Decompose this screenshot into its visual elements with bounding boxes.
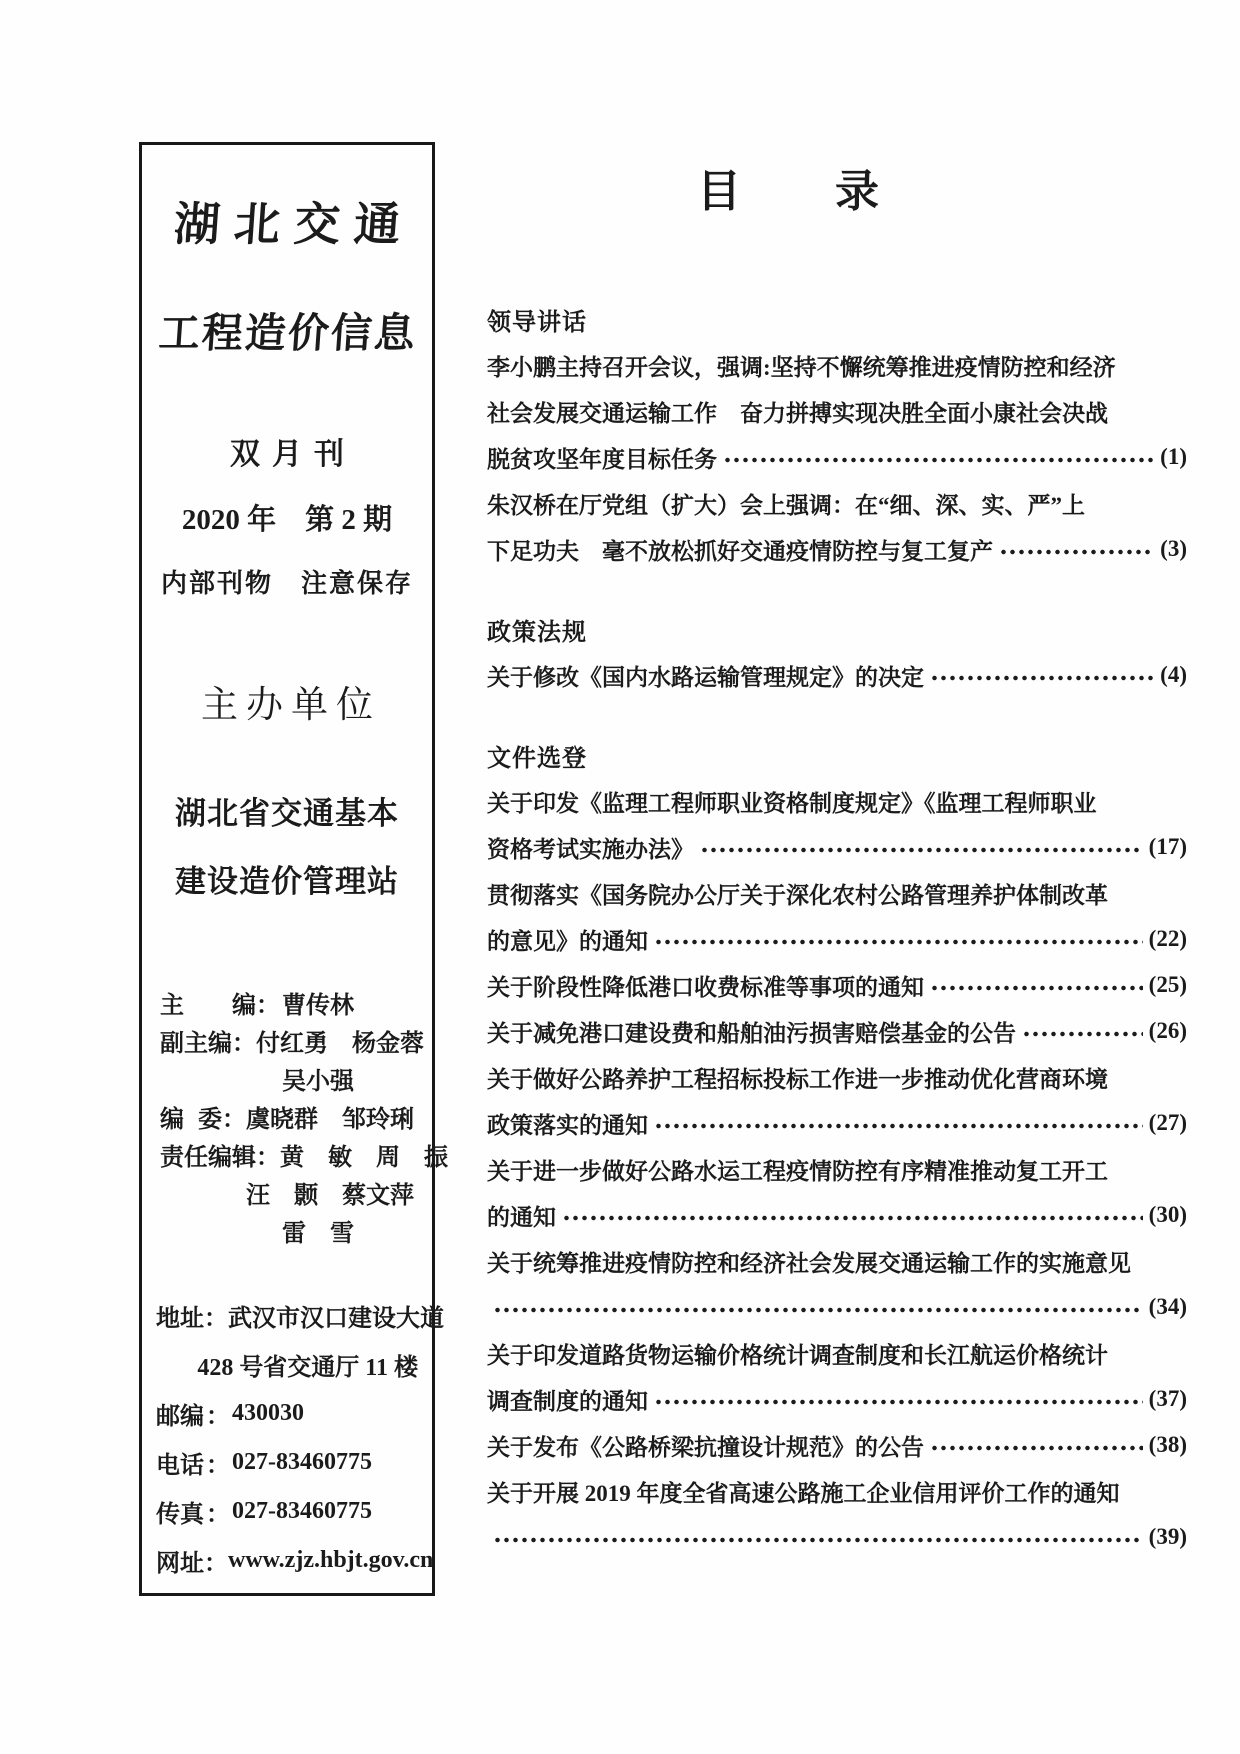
contact-row: 电话：027-83460775 xyxy=(156,1438,418,1487)
staff-row: 编委：虞晓群 邹玲琍 xyxy=(160,1097,414,1135)
dot-leader xyxy=(654,935,1143,949)
toc-line-text: 关于开展 2019 年度全省高速公路施工企业信用评价工作的通知 xyxy=(487,1475,1120,1508)
toc-line-text: 资格考试实施办法》 xyxy=(487,831,694,864)
dot-leader xyxy=(654,1119,1143,1133)
contact-value: 027-83460775 xyxy=(232,1498,372,1525)
contact-row: 地址：武汉市汉口建设大道 xyxy=(156,1291,418,1340)
toc-line: 资格考试实施办法》(17) xyxy=(487,824,1187,870)
dot-leader xyxy=(654,1395,1143,1409)
toc-line: 社会发展交通运输工作 奋力拼搏实现决胜全面小康社会决战 xyxy=(487,388,1187,434)
toc-line: 李小鹏主持召开会议，强调:坚持不懈统筹推进疫情防控和经济 xyxy=(487,342,1187,388)
dot-leader xyxy=(723,453,1154,467)
contact-value: 武汉市汉口建设大道 xyxy=(228,1298,444,1333)
staff-row: 雷 雪 xyxy=(160,1211,414,1249)
toc-line: 关于减免港口建设费和船舶油污损害赔偿基金的公告(26) xyxy=(487,1008,1187,1054)
contact-row: 邮编：430030 xyxy=(156,1389,418,1438)
staff-colon: ： xyxy=(222,1099,246,1134)
contact-value: www.zjz.hbjt.gov.cn xyxy=(228,1547,433,1574)
dot-leader xyxy=(562,1211,1143,1225)
toc-section: 文件选登关于印发《监理工程师职业资格制度规定》《监理工程师职业资格考试实施办法》… xyxy=(487,732,1187,1560)
staff-row: 汪 颢 蔡文萍 xyxy=(160,1173,414,1211)
toc-page-number: (22) xyxy=(1149,926,1187,952)
magazine-cover-page: 湖北交通 工程造价信息 双月刊 2020 年 第 2 期 内部刊物 注意保存 主… xyxy=(0,0,1240,1754)
staff-row: 主编：曹传林 xyxy=(160,983,414,1021)
toc-line-text: 的意见》的通知 xyxy=(487,923,648,956)
toc-line: 的意见》的通知(22) xyxy=(487,916,1187,962)
staff-names: 付红勇 杨金蓉 xyxy=(256,1023,424,1058)
toc-page-number: (39) xyxy=(1149,1524,1187,1550)
toc-line: 调查制度的通知(37) xyxy=(487,1376,1187,1422)
toc-section-heading: 政策法规 xyxy=(487,606,1187,652)
toc-line-text: 政策落实的通知 xyxy=(487,1107,648,1140)
contact-colon: ： xyxy=(206,1396,232,1431)
dot-leader xyxy=(930,981,1143,995)
staff-role-label: 编委 xyxy=(160,1099,222,1134)
editorial-staff-list: 主编：曹传林副主编：付红勇 杨金蓉吴小强编委：虞晓群 邹玲琍责任编辑：黄 敏 周… xyxy=(142,983,432,1249)
toc-line: 关于开展 2019 年度全省高速公路施工企业信用评价工作的通知 xyxy=(487,1468,1187,1514)
organizer-name-line2: 建设造价管理站 xyxy=(142,865,432,899)
contact-colon: ： xyxy=(204,1543,228,1578)
contact-colon: ： xyxy=(204,1298,228,1333)
dot-leader xyxy=(493,1303,1143,1317)
toc-line: 关于修改《国内水路运输管理规定》的决定(4) xyxy=(487,652,1187,698)
staff-row: 副主编：付红勇 杨金蓉 xyxy=(160,1021,414,1059)
dot-leader xyxy=(999,545,1154,559)
toc-line: 贯彻落实《国务院办公厅关于深化农村公路管理养护体制改革 xyxy=(487,870,1187,916)
staff-names: 曹传林 xyxy=(282,985,354,1020)
issue-number: 2020 年 第 2 期 xyxy=(142,504,432,536)
toc-line-text: 关于进一步做好公路水运工程疫情防控有序精准推动复工开工 xyxy=(487,1153,1108,1186)
toc-line: (34) xyxy=(487,1284,1187,1330)
contact-row: 网址：www.zjz.hbjt.gov.cn xyxy=(156,1536,418,1585)
internal-publication-notice: 内部刊物 注意保存 xyxy=(142,569,432,599)
toc-line: 朱汉桥在厅党组（扩大）会上强调：在“细、深、实、严”上 xyxy=(487,480,1187,526)
dot-leader xyxy=(493,1533,1143,1547)
toc-page-number: (34) xyxy=(1149,1294,1187,1320)
toc-line-text: 关于阶段性降低港口收费标准等事项的通知 xyxy=(487,969,924,1002)
contact-colon: ： xyxy=(206,1494,232,1529)
toc-page-number: (38) xyxy=(1149,1432,1187,1458)
toc-line: 关于进一步做好公路水运工程疫情防控有序精准推动复工开工 xyxy=(487,1146,1187,1192)
publication-frequency: 双月刊 xyxy=(142,439,432,471)
toc-line-text: 脱贫攻坚年度目标任务 xyxy=(487,441,717,474)
journal-info-panel: 湖北交通 工程造价信息 双月刊 2020 年 第 2 期 内部刊物 注意保存 主… xyxy=(139,142,435,1596)
toc-page-number: (30) xyxy=(1149,1202,1187,1228)
contact-row: 428 号省交通厅 11 楼 xyxy=(156,1340,418,1389)
toc-page-number: (37) xyxy=(1149,1386,1187,1412)
toc-line: 关于统筹推进疫情防控和经济社会发展交通运输工作的实施意见 xyxy=(487,1238,1187,1284)
staff-names: 吴小强 xyxy=(282,1061,354,1096)
staff-names: 虞晓群 邹玲琍 xyxy=(246,1099,414,1134)
staff-colon: ： xyxy=(256,1137,280,1172)
toc-line-text: 关于印发《监理工程师职业资格制度规定》《监理工程师职业 xyxy=(487,785,1097,818)
toc-line-text: 朱汉桥在厅党组（扩大）会上强调：在“细、深、实、严”上 xyxy=(487,487,1085,520)
toc-section-heading: 领导讲话 xyxy=(487,296,1187,342)
dot-leader xyxy=(930,671,1154,685)
staff-colon: ： xyxy=(232,1023,256,1058)
dot-leader xyxy=(930,1441,1143,1455)
staff-row: 吴小强 xyxy=(160,1059,414,1097)
toc-line: 关于发布《公路桥梁抗撞设计规范》的公告(38) xyxy=(487,1422,1187,1468)
toc-page-number: (4) xyxy=(1160,662,1187,688)
journal-title-line1: 湖北交通 xyxy=(140,201,433,249)
toc-line-text: 关于统筹推进疫情防控和经济社会发展交通运输工作的实施意见 xyxy=(487,1245,1131,1278)
toc-line-text: 贯彻落实《国务院办公厅关于深化农村公路管理养护体制改革 xyxy=(487,877,1108,910)
contact-colon: ： xyxy=(206,1445,232,1480)
dot-leader xyxy=(1022,1027,1143,1041)
toc-page-number: (26) xyxy=(1149,1018,1187,1044)
toc-line-text: 李小鹏主持召开会议，强调:坚持不懈统筹推进疫情防控和经济 xyxy=(487,349,1116,382)
contact-info-list: 地址：武汉市汉口建设大道428 号省交通厅 11 楼邮编：430030电话：02… xyxy=(142,1291,432,1585)
staff-colon: ： xyxy=(256,985,282,1020)
staff-names: 黄 敏 周 振 xyxy=(280,1137,448,1172)
contact-value: 027-83460775 xyxy=(232,1449,372,1476)
journal-title-line2: 工程造价信息 xyxy=(140,311,433,355)
table-of-contents: 目 录 领导讲话李小鹏主持召开会议，强调:坚持不懈统筹推进疫情防控和经济社会发展… xyxy=(487,168,1187,1560)
toc-line: 脱贫攻坚年度目标任务(1) xyxy=(487,434,1187,480)
toc-line: 关于印发道路货物运输价格统计调查制度和长江航运价格统计 xyxy=(487,1330,1187,1376)
toc-line-text: 社会发展交通运输工作 奋力拼搏实现决胜全面小康社会决战 xyxy=(487,395,1108,428)
toc-line-text: 关于修改《国内水路运输管理规定》的决定 xyxy=(487,659,924,692)
organizer-heading: 主办单位 xyxy=(142,685,432,725)
contact-label: 地址 xyxy=(156,1298,204,1333)
toc-line-text: 关于减免港口建设费和船舶油污损害赔偿基金的公告 xyxy=(487,1015,1016,1048)
staff-names: 雷 雪 xyxy=(282,1213,354,1248)
contact-label: 传真 xyxy=(156,1494,206,1529)
contact-label: 邮编 xyxy=(156,1396,206,1431)
toc-page-number: (27) xyxy=(1149,1110,1187,1136)
toc-line: 关于印发《监理工程师职业资格制度规定》《监理工程师职业 xyxy=(487,778,1187,824)
toc-page-number: (17) xyxy=(1149,834,1187,860)
toc-line: 政策落实的通知(27) xyxy=(487,1100,1187,1146)
dot-leader xyxy=(700,843,1143,857)
organizer-name-line1: 湖北省交通基本 xyxy=(142,797,432,831)
contact-value: 430030 xyxy=(232,1400,304,1427)
toc-title: 目 录 xyxy=(487,168,1187,216)
toc-sections: 领导讲话李小鹏主持召开会议，强调:坚持不懈统筹推进疫情防控和经济社会发展交通运输… xyxy=(487,296,1187,1560)
toc-line: 下足功夫 毫不放松抓好交通疫情防控与复工复产(3) xyxy=(487,526,1187,572)
contact-label: 网址 xyxy=(156,1543,204,1578)
toc-page-number: (25) xyxy=(1149,972,1187,998)
toc-line-text: 关于发布《公路桥梁抗撞设计规范》的公告 xyxy=(487,1429,924,1462)
staff-role-label: 主编 xyxy=(160,985,256,1020)
toc-section-heading: 文件选登 xyxy=(487,732,1187,778)
contact-row: 传真：027-83460775 xyxy=(156,1487,418,1536)
toc-line: 的通知(30) xyxy=(487,1192,1187,1238)
toc-page-number: (3) xyxy=(1160,536,1187,562)
toc-line-text: 关于做好公路养护工程招标投标工作进一步推动优化营商环境 xyxy=(487,1061,1108,1094)
contact-value: 428 号省交通厅 11 楼 xyxy=(197,1347,418,1382)
toc-line-text: 调查制度的通知 xyxy=(487,1383,648,1416)
staff-role-label: 责任编辑 xyxy=(160,1137,256,1172)
contact-label: 电话 xyxy=(156,1445,206,1480)
toc-line-text: 关于印发道路货物运输价格统计调查制度和长江航运价格统计 xyxy=(487,1337,1108,1370)
staff-role-label: 副主编 xyxy=(160,1023,232,1058)
toc-section: 政策法规关于修改《国内水路运输管理规定》的决定(4) xyxy=(487,606,1187,698)
toc-line-text: 下足功夫 毫不放松抓好交通疫情防控与复工复产 xyxy=(487,533,993,566)
toc-line: 关于做好公路养护工程招标投标工作进一步推动优化营商环境 xyxy=(487,1054,1187,1100)
toc-page-number: (1) xyxy=(1160,444,1187,470)
toc-line: (39) xyxy=(487,1514,1187,1560)
toc-line-text: 的通知 xyxy=(487,1199,556,1232)
toc-line: 关于阶段性降低港口收费标准等事项的通知(25) xyxy=(487,962,1187,1008)
staff-names: 汪 颢 蔡文萍 xyxy=(246,1175,414,1210)
staff-row: 责任编辑：黄 敏 周 振 xyxy=(160,1135,414,1173)
toc-section: 领导讲话李小鹏主持召开会议，强调:坚持不懈统筹推进疫情防控和经济社会发展交通运输… xyxy=(487,296,1187,572)
